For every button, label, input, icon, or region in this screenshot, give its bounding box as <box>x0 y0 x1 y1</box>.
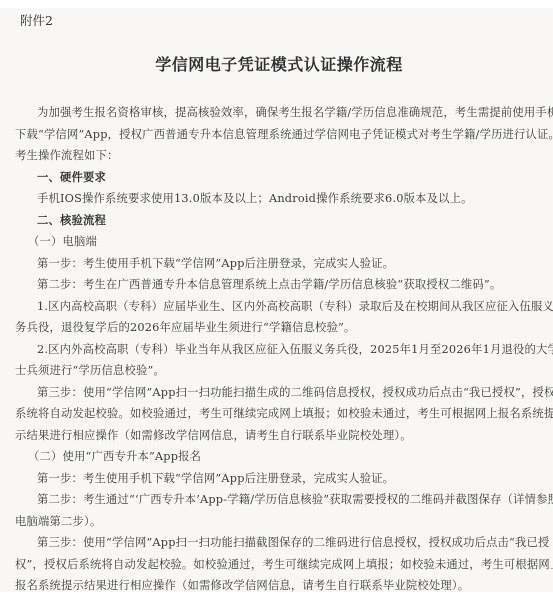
doc-line: 报名系统提示结果进行相应操作（如需修改学信网信息，请考生自行联系毕业院校处理）。 <box>15 575 543 597</box>
section-heading-process: 二、核验流程 <box>15 210 543 232</box>
document-page: 附件2 学信网电子凭证模式认证操作流程 为加强考生报名资格审核，提高核验效率，确… <box>0 0 553 598</box>
subsection-heading-pc: （一）电脑端 <box>15 231 543 253</box>
doc-line: 手机IOS操作系统要求使用13.0版本及以上；Android操作系统要求6.0版… <box>15 188 543 210</box>
doc-line: 第三步：使用“学信网”App扫一扫功能扫描截图保存的二维码进行信息授权，授权成功… <box>15 532 543 554</box>
doc-line: 第二步：考生在广西普通专升本信息管理系统上点击学籍/学历信息核验“获取授权二维码… <box>15 274 543 296</box>
page-title: 学信网电子凭证模式认证操作流程 <box>15 54 543 76</box>
doc-line: 考生操作流程如下： <box>15 145 543 167</box>
doc-line: 第一步：考生使用手机下载“学信网”App后注册登录，完成实人验证。 <box>15 253 543 275</box>
doc-line: 1.区内高校高职（专科）应届毕业生、区内外高校高职（专科）录取后及在校期间从我区… <box>15 296 543 318</box>
doc-line: 为加强考生报名资格审核，提高核验效率，确保考生报名学籍/学历信息准确规范，考生需… <box>15 102 543 124</box>
attachment-label: 附件2 <box>15 12 543 30</box>
doc-line: 第一步：考生使用手机下载“学信网”App后注册登录，完成实人验证。 <box>15 468 543 490</box>
subsection-heading-app: （二）使用“广西专升本”App报名 <box>15 446 543 468</box>
doc-line: 士兵须进行“学历信息校验”。 <box>15 360 543 382</box>
doc-line: 务兵役，退役复学后的2026年应届毕业生须进行“学籍信息校验”。 <box>15 317 543 339</box>
section-heading-hardware: 一、硬件要求 <box>15 167 543 189</box>
doc-line: 第三步：使用“学信网”App扫一扫功能扫描生成的二维码信息授权，授权成功后点击“… <box>15 382 543 404</box>
doc-line: 下载“学信网”App，授权广西普通专升本信息管理系统通过学信网电子凭证模式对考生… <box>15 124 543 146</box>
document-body: 为加强考生报名资格审核，提高核验效率，确保考生报名学籍/学历信息准确规范，考生需… <box>15 102 543 597</box>
doc-line: 2.区内外高校高职（专科）毕业当年从我区应征入伍服义务兵役，2025年1月至20… <box>15 339 543 361</box>
doc-line: 系统将自动发起校验。如校验通过，考生可继续完成网上填报；如校验未通过，考生可根据… <box>15 403 543 425</box>
document-content: 附件2 学信网电子凭证模式认证操作流程 为加强考生报名资格审核，提高核验效率，确… <box>0 0 553 598</box>
doc-line: 权”，授权后系统将自动发起校验。如校验通过，考生可继续完成网上填报；如校验未通过… <box>15 554 543 576</box>
doc-line: 示结果进行相应操作（如需修改学信网信息，请考生自行联系毕业院校处理）。 <box>15 425 543 447</box>
doc-line: 电脑端第二步）。 <box>15 511 543 533</box>
doc-line: 第二步：考生通过“‘广西专升本’App-学籍/学历信息核验”获取需要授权的二维码… <box>15 489 543 511</box>
